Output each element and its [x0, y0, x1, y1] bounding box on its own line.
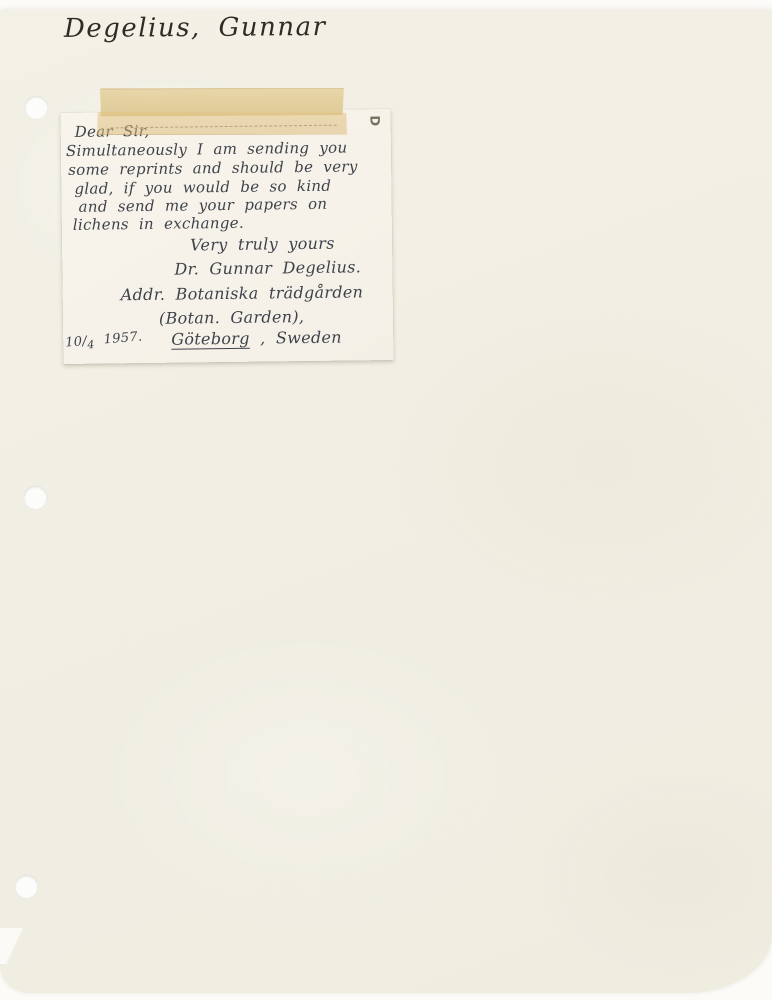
- address-line: Göteborg , Sweden: [171, 328, 342, 349]
- date-day: 10/: [65, 334, 88, 351]
- punch-hole-top: [25, 96, 48, 119]
- punch-hole-bottom: [15, 875, 38, 898]
- tape-strip-top: [100, 88, 344, 117]
- note-card: D Dear Sir, Simultaneously I am sending …: [60, 109, 393, 364]
- letter-line: and send me your papers on: [79, 195, 328, 216]
- date-year: 1957.: [94, 329, 143, 348]
- address-line: Addr. Botaniska trädgården: [121, 282, 364, 304]
- page-title: Degelius, Gunnar: [64, 12, 327, 44]
- tape-strip-bottom: [97, 112, 347, 135]
- letter-line: lichens in exchange.: [73, 214, 244, 234]
- date-annotation: 10/4 1957.: [65, 329, 143, 353]
- letter-line: some reprints and should be very: [68, 157, 358, 179]
- signature: Dr. Gunnar Degelius.: [174, 257, 361, 278]
- address-country: , Sweden: [250, 328, 342, 348]
- page-corner-notch: [0, 928, 30, 964]
- letter-line: Simultaneously I am sending you: [66, 139, 348, 160]
- punch-hole-middle: [24, 486, 47, 509]
- address-city: Göteborg: [171, 329, 250, 349]
- letter-closing: Very truly yours: [190, 234, 335, 255]
- scan-background: Degelius, Gunnar D Dear Sir, Simultaneou…: [0, 0, 772, 1000]
- printer-mark-icon: D: [367, 115, 382, 126]
- album-page: Degelius, Gunnar D Dear Sir, Simultaneou…: [0, 9, 772, 993]
- address-line: (Botan. Garden),: [159, 307, 304, 328]
